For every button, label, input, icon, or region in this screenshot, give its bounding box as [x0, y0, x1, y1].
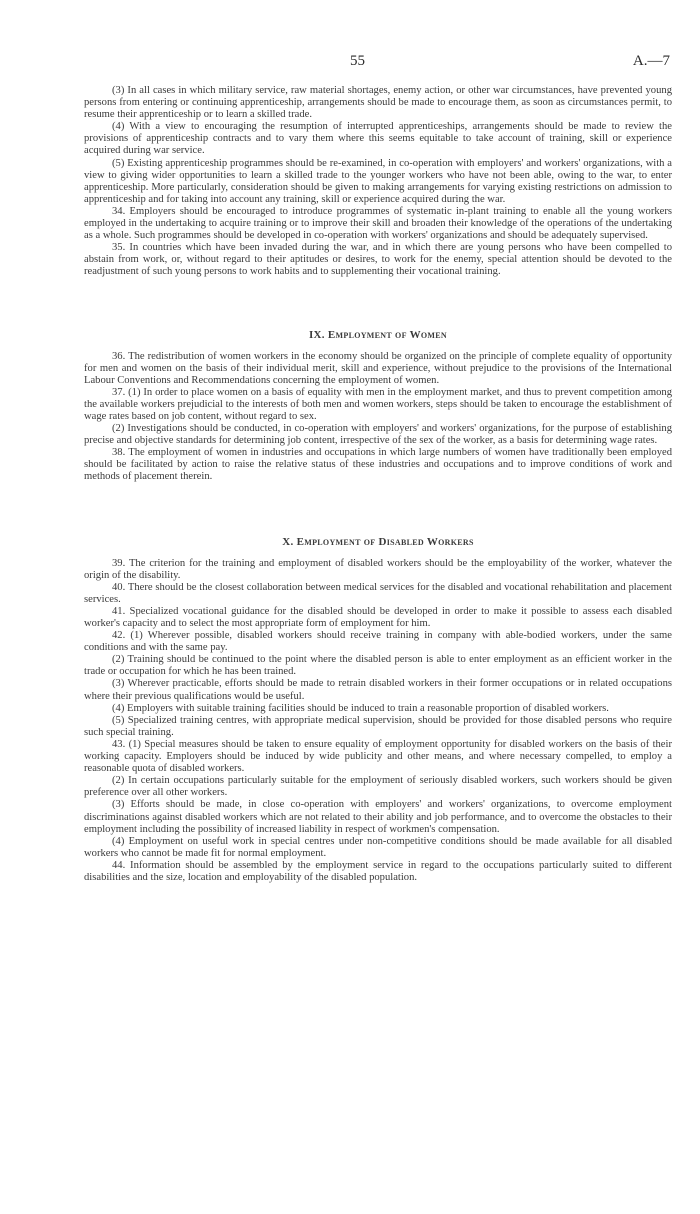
paragraph: (4) Employment on useful work in special…	[84, 836, 672, 860]
paragraph: 42. (1) Wherever possible, disabled work…	[84, 630, 672, 654]
page-body: (3) In all cases in which military servi…	[84, 85, 672, 884]
page-header: 55 A.—7	[0, 53, 700, 73]
paragraph: 35. In countries which have been invaded…	[84, 242, 672, 278]
paragraph: (2) Training should be continued to the …	[84, 654, 672, 678]
paragraph: 34. Employers should be encouraged to in…	[84, 206, 672, 242]
paragraph: (5) Existing apprenticeship programmes s…	[84, 158, 672, 206]
paragraph: (3) Wherever practicable, efforts should…	[84, 678, 672, 702]
paragraph: 38. The employment of women in industrie…	[84, 447, 672, 483]
paragraph: 43. (1) Special measures should be taken…	[84, 739, 672, 775]
paragraph: 40. There should be the closest collabor…	[84, 582, 672, 606]
paragraph: 44. Information should be assembled by t…	[84, 860, 672, 884]
paragraph: (3) Efforts should be made, in close co-…	[84, 799, 672, 835]
section-title: X. Employment of Disabled Workers	[84, 536, 672, 548]
paragraph: 41. Specialized vocational guidance for …	[84, 606, 672, 630]
section-employment-of-women: IX. Employment of Women 36. The redistri…	[84, 329, 672, 484]
paragraph: (2) In certain occupations particularly …	[84, 775, 672, 799]
paragraph: (4) With a view to encouraging the resum…	[84, 121, 672, 157]
paragraph: 36. The redistribution of women workers …	[84, 351, 672, 387]
paragraph: 39. The criterion for the training and e…	[84, 558, 672, 582]
section-apprenticeship-continued: (3) In all cases in which military servi…	[84, 85, 672, 279]
paragraph: (3) In all cases in which military servi…	[84, 85, 672, 121]
document-reference: A.—7	[633, 53, 670, 70]
section-employment-of-disabled-workers: X. Employment of Disabled Workers 39. Th…	[84, 536, 672, 885]
paragraph: (4) Employers with suitable training fac…	[84, 703, 672, 715]
section-title: IX. Employment of Women	[84, 329, 672, 341]
paragraph: 37. (1) In order to place women on a bas…	[84, 387, 672, 423]
page-number: 55	[350, 53, 365, 70]
paragraph: (5) Specialized training centres, with a…	[84, 715, 672, 739]
paragraph: (2) Investigations should be conducted, …	[84, 423, 672, 447]
